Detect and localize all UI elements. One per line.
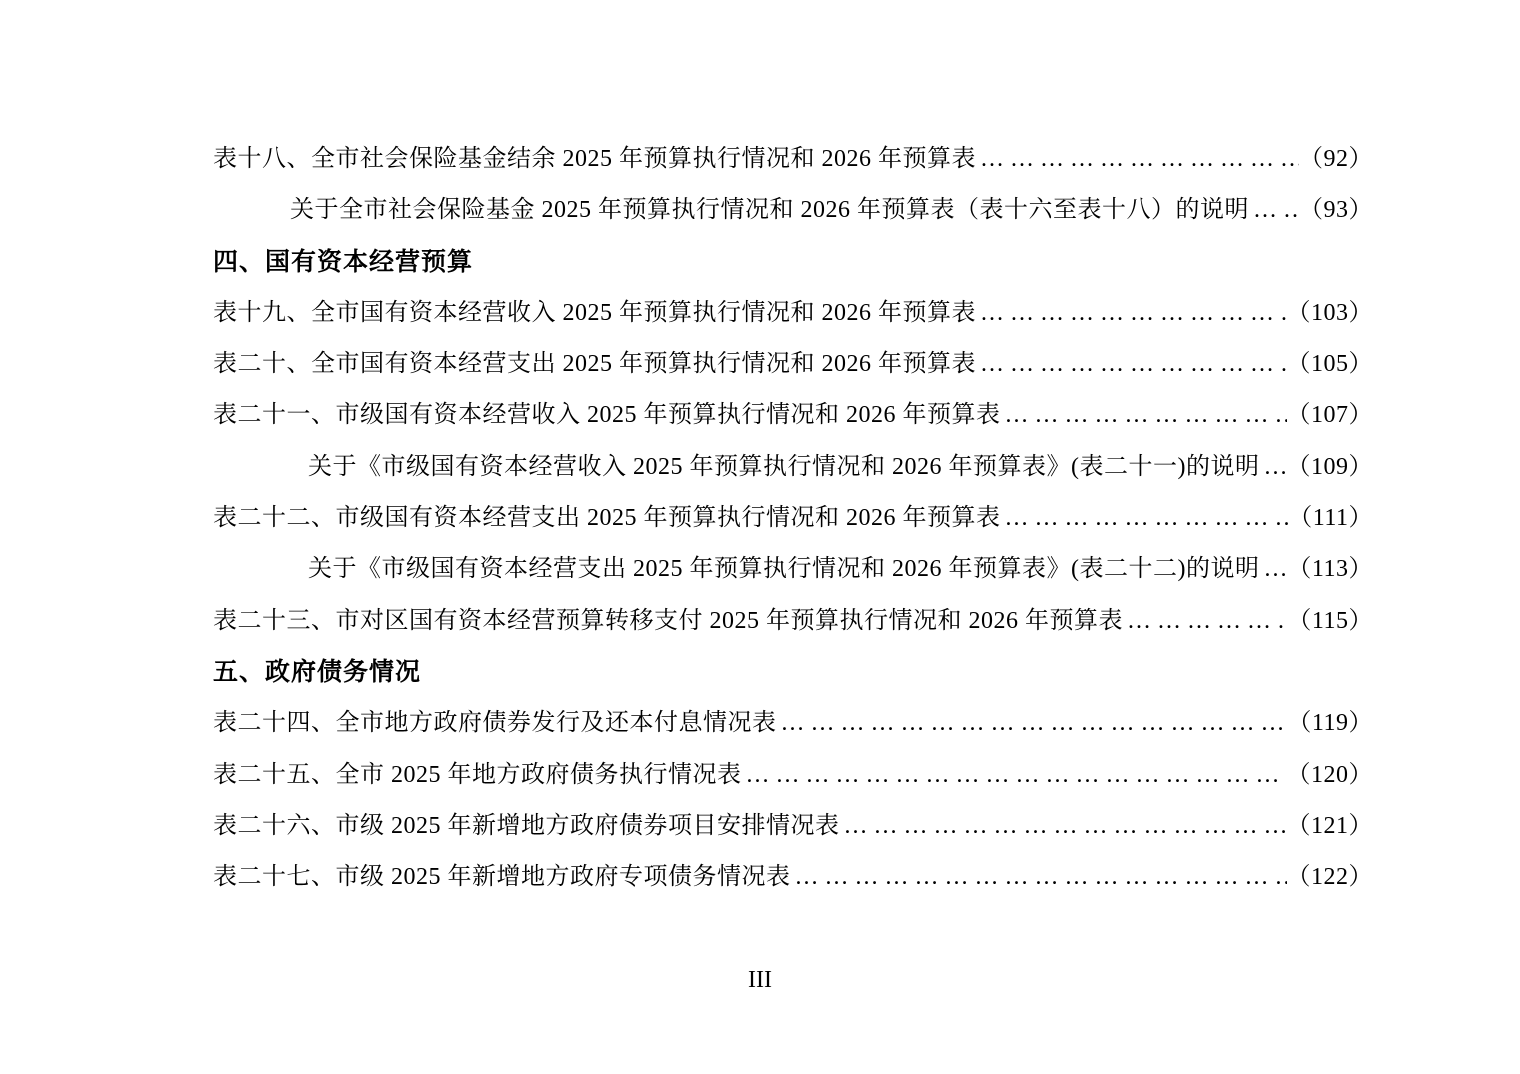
toc-entry-text: 表二十六、市级 2025 年新增地方政府债券项目安排情况表	[213, 801, 840, 852]
dot-leader	[742, 750, 1287, 801]
toc-entry[interactable]: 表二十、全市国有资本经营支出 2025 年预算执行情况和 2026 年预算表 （…	[213, 339, 1373, 390]
dot-leader	[791, 852, 1287, 903]
dot-leader	[1259, 442, 1286, 493]
toc-page-number: （111）	[1288, 493, 1373, 544]
toc-entry[interactable]: 表十八、全市社会保险基金结余 2025 年预算执行情况和 2026 年预算表 （…	[213, 134, 1373, 185]
document-page: 表十八、全市社会保险基金结余 2025 年预算执行情况和 2026 年预算表 （…	[0, 0, 1520, 1074]
dot-leader	[1123, 596, 1287, 647]
toc-page-number: （93）	[1299, 185, 1373, 236]
toc-entry[interactable]: 关于《市级国有资本经营收入 2025 年预算执行情况和 2026 年预算表》(表…	[213, 442, 1373, 493]
section-heading: 五、政府债务情况	[213, 647, 1373, 698]
toc-entry-text: 表二十二、市级国有资本经营支出 2025 年预算执行情况和 2026 年预算表	[213, 493, 1001, 544]
toc-page-number: （122）	[1287, 852, 1374, 903]
toc-page-number: （107）	[1287, 390, 1374, 441]
dot-leader	[976, 339, 1287, 390]
toc-entry[interactable]: 关于全市社会保险基金 2025 年预算执行情况和 2026 年预算表（表十六至表…	[213, 185, 1373, 236]
toc-entry[interactable]: 表二十七、市级 2025 年新增地方政府专项债务情况表 （122）	[213, 852, 1373, 903]
dot-leader	[1001, 390, 1287, 441]
toc-entry[interactable]: 关于《市级国有资本经营支出 2025 年预算执行情况和 2026 年预算表》(表…	[213, 544, 1373, 595]
toc-page-number: （92）	[1299, 134, 1373, 185]
toc-entry-text: 表十九、全市国有资本经营收入 2025 年预算执行情况和 2026 年预算表	[213, 288, 976, 339]
toc-entry[interactable]: 表二十四、全市地方政府债券发行及还本付息情况表 （119）	[213, 698, 1373, 749]
toc-entry-text: 表二十四、全市地方政府债券发行及还本付息情况表	[213, 698, 777, 749]
toc-entry[interactable]: 表二十一、市级国有资本经营收入 2025 年预算执行情况和 2026 年预算表 …	[213, 390, 1373, 441]
toc-entry[interactable]: 表二十二、市级国有资本经营支出 2025 年预算执行情况和 2026 年预算表 …	[213, 493, 1373, 544]
toc-entry[interactable]: 表十九、全市国有资本经营收入 2025 年预算执行情况和 2026 年预算表 （…	[213, 288, 1373, 339]
toc-entry-text: 关于《市级国有资本经营收入 2025 年预算执行情况和 2026 年预算表》(表…	[308, 442, 1259, 493]
dot-leader	[976, 288, 1287, 339]
footer-page-number: III	[0, 960, 1520, 1000]
section-heading: 四、国有资本经营预算	[213, 237, 1373, 288]
toc-page-number: （119）	[1287, 698, 1373, 749]
toc-entry-text: 表二十五、全市 2025 年地方政府债务执行情况表	[213, 750, 742, 801]
toc-page-number: （109）	[1287, 442, 1374, 493]
toc-entry[interactable]: 表二十六、市级 2025 年新增地方政府债券项目安排情况表 （121）	[213, 801, 1373, 852]
toc-page-number: （120）	[1287, 750, 1374, 801]
toc-page-number: （121）	[1287, 801, 1374, 852]
dot-leader	[1001, 493, 1289, 544]
table-of-contents: 表十八、全市社会保险基金结余 2025 年预算执行情况和 2026 年预算表 （…	[213, 134, 1373, 903]
dot-leader	[976, 134, 1299, 185]
dot-leader	[840, 801, 1287, 852]
toc-entry-text: 表二十一、市级国有资本经营收入 2025 年预算执行情况和 2026 年预算表	[213, 390, 1001, 441]
toc-entry-text: 表十八、全市社会保险基金结余 2025 年预算执行情况和 2026 年预算表	[213, 134, 976, 185]
toc-page-number: （103）	[1287, 288, 1374, 339]
toc-entry[interactable]: 表二十五、全市 2025 年地方政府债务执行情况表 （120）	[213, 750, 1373, 801]
toc-entry-text: 表二十七、市级 2025 年新增地方政府专项债务情况表	[213, 852, 791, 903]
toc-entry-text: 关于《市级国有资本经营支出 2025 年预算执行情况和 2026 年预算表》(表…	[308, 544, 1259, 595]
dot-leader	[1249, 185, 1299, 236]
toc-page-number: （105）	[1287, 339, 1374, 390]
toc-entry-text: 表二十、全市国有资本经营支出 2025 年预算执行情况和 2026 年预算表	[213, 339, 976, 390]
toc-page-number: （115）	[1287, 596, 1373, 647]
toc-entry-text: 关于全市社会保险基金 2025 年预算执行情况和 2026 年预算表（表十六至表…	[290, 185, 1249, 236]
toc-entry[interactable]: 表二十三、市对区国有资本经营预算转移支付 2025 年预算执行情况和 2026 …	[213, 596, 1373, 647]
dot-leader	[777, 698, 1288, 749]
dot-leader	[1259, 544, 1287, 595]
toc-page-number: （113）	[1287, 544, 1373, 595]
toc-entry-text: 表二十三、市对区国有资本经营预算转移支付 2025 年预算执行情况和 2026 …	[213, 596, 1123, 647]
